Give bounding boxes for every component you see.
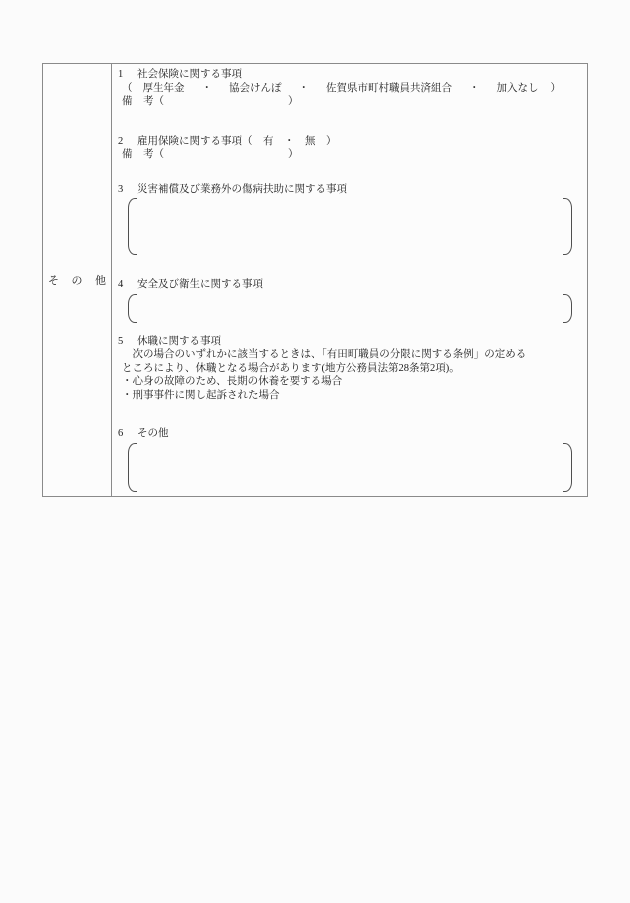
insurance-option: 佐賀県市町村職員共済組合 bbox=[326, 83, 452, 94]
notes-line: 備 考（） bbox=[122, 95, 587, 109]
section-header: 6その他 bbox=[118, 427, 587, 441]
notes-label: 備 考（ bbox=[122, 149, 164, 160]
section-number: 5 bbox=[118, 335, 137, 349]
row-header-char: の bbox=[72, 272, 83, 288]
paren-close: ） bbox=[288, 149, 299, 160]
row-header-cell: そ の 他 bbox=[43, 64, 112, 496]
notes-line: 備 考（） bbox=[122, 148, 587, 162]
insurance-option: 厚生年金 bbox=[143, 83, 185, 94]
section-text-line: 次の場合のいずれかに該当するときは、「有田町職員の分限に関する条例」の定める bbox=[122, 348, 587, 362]
section-bullet-line: ・刑事事件に関し起訴された場合 bbox=[122, 389, 587, 403]
large-paren-right bbox=[563, 198, 572, 255]
blank-fill-area bbox=[128, 198, 572, 255]
section-employment-insurance: 2雇用保険に関する事項（ 有 ・ 無 ） 備 考（） bbox=[118, 135, 587, 162]
paren-open: （ bbox=[122, 83, 133, 94]
section-accident-compensation: 3災害補償及び業務外の傷病扶助に関する事項 bbox=[118, 183, 587, 256]
paren-close: ） bbox=[551, 83, 562, 94]
insurance-options-line: （厚生年金・協会けんぽ・佐賀県市町村職員共済組合・加入なし） bbox=[122, 82, 587, 96]
section-text-line: ところにより、休職となる場合があります(地方公務員法第28条第2項)。 bbox=[122, 362, 587, 376]
row-header-char: そ bbox=[48, 272, 59, 288]
insurance-option: 加入なし bbox=[497, 83, 539, 94]
page: { "document": { "row_label": ["そ", "の", … bbox=[0, 0, 630, 903]
section-title: 社会保険に関する事項 bbox=[137, 69, 242, 80]
section-number: 2 bbox=[118, 135, 137, 149]
section-header: 5休職に関する事項 bbox=[118, 335, 587, 349]
large-paren-left bbox=[128, 294, 137, 323]
section-social-insurance: 1社会保険に関する事項 （厚生年金・協会けんぽ・佐賀県市町村職員共済組合・加入な… bbox=[118, 68, 587, 109]
content-cell: 1社会保険に関する事項 （厚生年金・協会けんぽ・佐賀県市町村職員共済組合・加入な… bbox=[112, 64, 587, 496]
row-header-char: 他 bbox=[95, 272, 106, 288]
section-title: 安全及び衛生に関する事項 bbox=[137, 279, 263, 290]
section-header: 1社会保険に関する事項 bbox=[118, 68, 587, 82]
section-leave-of-absence: 5休職に関する事項 次の場合のいずれかに該当するときは、「有田町職員の分限に関す… bbox=[118, 335, 587, 403]
section-bullet-line: ・心身の故障のため、長期の休養を要する場合 bbox=[122, 375, 587, 389]
section-number: 1 bbox=[118, 68, 137, 82]
paren-close: ） bbox=[288, 96, 299, 107]
section-title: 雇用保険に関する事項（ 有 ・ 無 ） bbox=[137, 136, 337, 147]
option-separator-dot: ・ bbox=[299, 83, 310, 94]
section-title: 災害補償及び業務外の傷病扶助に関する事項 bbox=[137, 184, 347, 195]
section-header: 4安全及び衛生に関する事項 bbox=[118, 278, 587, 292]
section-number: 4 bbox=[118, 278, 137, 292]
section-number: 3 bbox=[118, 183, 137, 197]
option-separator-dot: ・ bbox=[202, 83, 213, 94]
section-header: 2雇用保険に関する事項（ 有 ・ 無 ） bbox=[118, 135, 587, 149]
large-paren-left bbox=[128, 198, 137, 255]
other-conditions-table: そ の 他 1社会保険に関する事項 （厚生年金・協会けんぽ・佐賀県市町村職員共済… bbox=[42, 63, 588, 497]
large-paren-right bbox=[563, 294, 572, 323]
section-other: 6その他 bbox=[118, 427, 587, 492]
large-paren-right bbox=[563, 443, 572, 492]
option-separator-dot: ・ bbox=[469, 83, 480, 94]
section-number: 6 bbox=[118, 427, 137, 441]
section-title: 休職に関する事項 bbox=[137, 336, 221, 347]
section-safety-hygiene: 4安全及び衛生に関する事項 bbox=[118, 278, 587, 323]
large-paren-left bbox=[128, 443, 137, 492]
notes-label: 備 考（ bbox=[122, 96, 164, 107]
insurance-option: 協会けんぽ bbox=[229, 83, 282, 94]
section-title: その他 bbox=[137, 428, 169, 439]
row-header-label: そ の 他 bbox=[43, 272, 111, 288]
section-header: 3災害補償及び業務外の傷病扶助に関する事項 bbox=[118, 183, 587, 197]
blank-fill-area bbox=[128, 294, 572, 323]
blank-fill-area bbox=[128, 443, 572, 492]
